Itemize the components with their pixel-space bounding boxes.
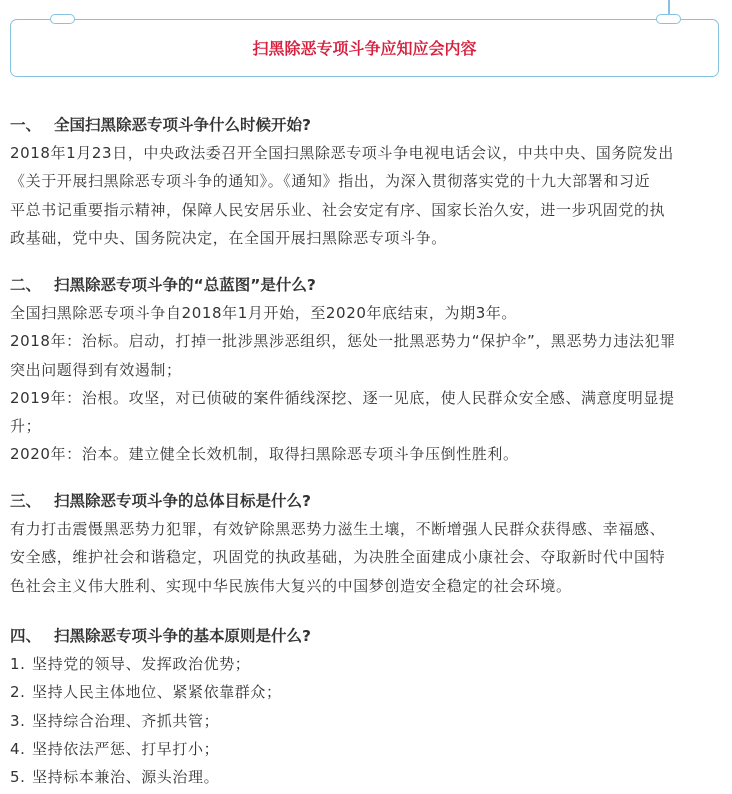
paragraph-line: 平总书记重要指示精神，保障人民安居乐业、社会安定有序、国家长治久安，进一步巩固党… bbox=[10, 196, 726, 224]
section-heading: 一、全国扫黑除恶专项斗争什么时候开始? bbox=[10, 111, 726, 139]
section-title: 全国扫黑除恶专项斗争什么时候开始? bbox=[54, 116, 311, 134]
paragraph-line: 全国扫黑除恶专项斗争自2018年1月开始，至2020年底结束，为期3年。 bbox=[10, 299, 726, 327]
section-number: 四、 bbox=[10, 622, 54, 650]
list-index: 4. bbox=[10, 735, 32, 763]
section-title: 扫黑除恶专项斗争的“总蓝图”是什么? bbox=[54, 276, 316, 294]
list-item: 4.坚持依法严惩、打早打小； bbox=[10, 735, 726, 763]
list-index: 3. bbox=[10, 707, 32, 735]
paragraph-line: 色社会主义伟大胜利、实现中华民族伟大复兴的中国梦创造安全稳定的社会环境。 bbox=[10, 572, 726, 600]
section-number: 一、 bbox=[10, 111, 54, 139]
list-item: 2.坚持人民主体地位、紧紧依靠群众； bbox=[10, 678, 726, 706]
paragraph-line: 2018年：治标。启动，打掉一批涉黑涉恶组织，惩处一批黑恶势力“保护伞”，黑恶势… bbox=[10, 327, 726, 355]
list-text: 坚持综合治理、齐抓共管； bbox=[32, 712, 219, 730]
section-number: 二、 bbox=[10, 271, 54, 299]
banner-pill-left bbox=[50, 14, 75, 24]
paragraph-line: 突出问题得到有效遏制； bbox=[10, 356, 726, 384]
list-index: 1. bbox=[10, 650, 32, 678]
list-index: 5. bbox=[10, 763, 32, 791]
list-text: 坚持标本兼治、源头治理。 bbox=[32, 768, 219, 786]
section-4: 四、扫黑除恶专项斗争的基本原则是什么? 1.坚持党的领导、发挥政治优势； 2.坚… bbox=[10, 622, 726, 791]
list-text: 坚持人民主体地位、紧紧依靠群众； bbox=[32, 683, 282, 701]
section-title: 扫黑除恶专项斗争的基本原则是什么? bbox=[54, 627, 311, 645]
list-item: 3.坚持综合治理、齐抓共管； bbox=[10, 707, 726, 735]
paragraph-line: 2020年：治本。建立健全长效机制，取得扫黑除恶专项斗争压倒性胜利。 bbox=[10, 440, 726, 468]
paragraph-line: 有力打击震慑黑恶势力犯罪，有效铲除黑恶势力滋生土壤，不断增强人民群众获得感、幸福… bbox=[10, 515, 726, 543]
paragraph-line: 升； bbox=[10, 412, 726, 440]
section-title: 扫黑除恶专项斗争的总体目标是什么? bbox=[54, 492, 311, 510]
section-heading: 三、扫黑除恶专项斗争的总体目标是什么? bbox=[10, 487, 726, 515]
section-2: 二、扫黑除恶专项斗争的“总蓝图”是什么? 全国扫黑除恶专项斗争自2018年1月开… bbox=[10, 271, 726, 469]
section-heading: 二、扫黑除恶专项斗争的“总蓝图”是什么? bbox=[10, 271, 726, 299]
banner-pill-right bbox=[656, 14, 681, 24]
list-item: 5.坚持标本兼治、源头治理。 bbox=[10, 763, 726, 791]
section-heading: 四、扫黑除恶专项斗争的基本原则是什么? bbox=[10, 622, 726, 650]
paragraph-line: 安全感，维护社会和谐稳定，巩固党的执政基础，为决胜全面建成小康社会、夺取新时代中… bbox=[10, 543, 726, 571]
list-index: 2. bbox=[10, 678, 32, 706]
section-number: 三、 bbox=[10, 487, 54, 515]
list-text: 坚持依法严惩、打早打小； bbox=[32, 740, 219, 758]
section-1: 一、全国扫黑除恶专项斗争什么时候开始? 2018年1月23日，中央政法委召开全国… bbox=[10, 111, 726, 252]
page-title: 扫黑除恶专项斗争应知应会内容 bbox=[10, 38, 719, 60]
banner-connector-line bbox=[668, 0, 670, 15]
list-text: 坚持党的领导、发挥政治优势； bbox=[32, 655, 250, 673]
section-3: 三、扫黑除恶专项斗争的总体目标是什么? 有力打击震慑黑恶势力犯罪，有效铲除黑恶势… bbox=[10, 487, 726, 600]
paragraph-line: 2018年1月23日，中央政法委召开全国扫黑除恶专项斗争电视电话会议，中共中央、… bbox=[10, 139, 726, 167]
list-item: 1.坚持党的领导、发挥政治优势； bbox=[10, 650, 726, 678]
paragraph-line: 《关于开展扫黑除恶专项斗争的通知》。《通知》指出，为深入贯彻落实党的十九大部署和… bbox=[10, 167, 726, 195]
paragraph-line: 政基础，党中央、国务院决定，在全国开展扫黑除恶专项斗争。 bbox=[10, 224, 726, 252]
paragraph-line: 2019年：治根。攻坚，对已侦破的案件循线深挖、逐一见底，使人民群众安全感、满意… bbox=[10, 384, 726, 412]
